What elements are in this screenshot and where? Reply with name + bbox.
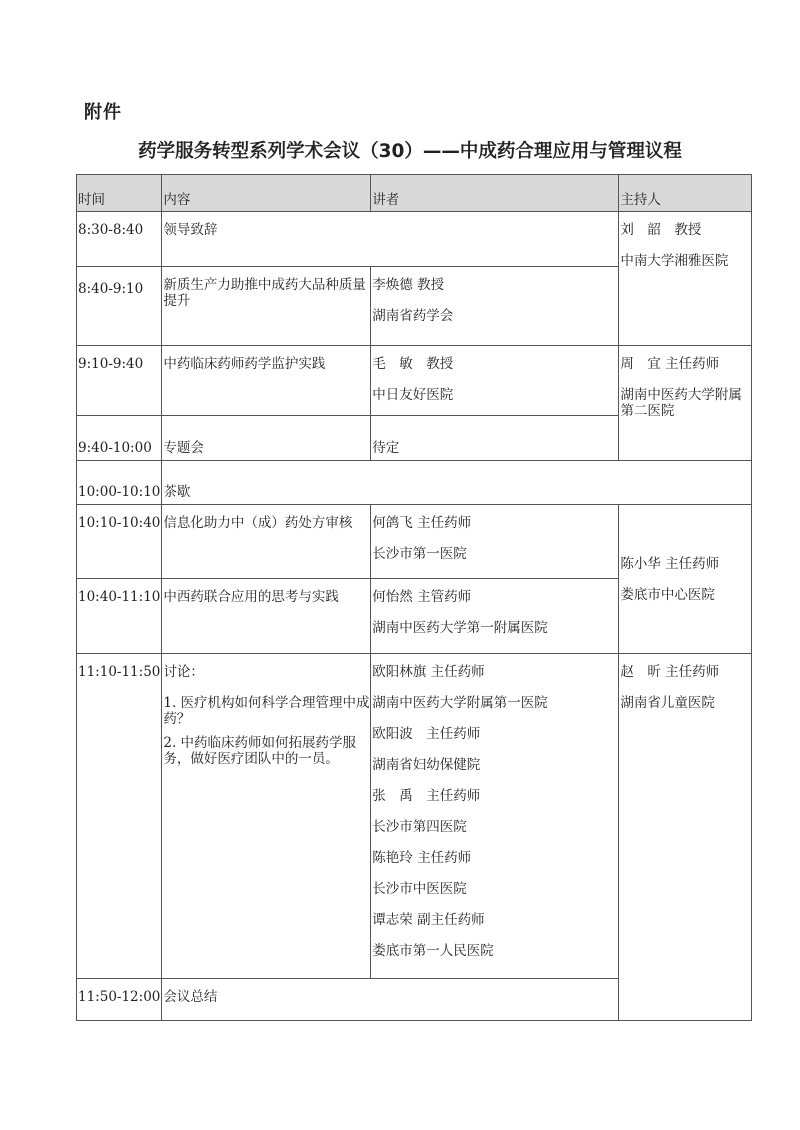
speaker-org: 长沙市第四医院 [372, 819, 618, 835]
speaker-name: 张 禹 主任药师 [372, 788, 618, 804]
table-row: 11:10-11:50 讨论： 1. 医疗机构如何科学合理管理中成药？ 2. 中… [77, 654, 752, 979]
header-host: 主持人 [619, 175, 752, 212]
speaker-org: 湖南省妇幼保健院 [372, 757, 618, 773]
host-org: 湖南省儿童医院 [620, 695, 751, 711]
host-org: 娄底市中心医院 [620, 587, 751, 603]
content-cell: 中西药联合应用的思考与实践 [162, 579, 371, 654]
content-cell: 茶歇 [162, 461, 752, 505]
host-cell: 周 宜 主任药师 湖南中医药大学附属第二医院 [619, 346, 752, 461]
time-cell: 10:00-10:10 [77, 461, 162, 505]
speaker-name: 李焕德 教授 [372, 277, 618, 293]
content-cell: 会议总结 [162, 979, 619, 1021]
discussion-label: 讨论： [163, 664, 370, 680]
speaker-name: 陈艳玲 主任药师 [372, 850, 618, 866]
time-cell: 9:10-9:40 [77, 346, 162, 416]
discussion-topic: 1. 医疗机构如何科学合理管理中成药？ [163, 695, 370, 727]
speaker-name: 欧阳波 主任药师 [372, 726, 618, 742]
speaker-org: 长沙市中医医院 [372, 881, 618, 897]
table-row: 10:10-10:40 信息化助力中（成）药处方审核 何鸽飞 主任药师 长沙市第… [77, 505, 752, 579]
header-speaker: 讲者 [371, 175, 619, 212]
host-cell: 陈小华 主任药师 娄底市中心医院 [619, 505, 752, 654]
speaker-name: 毛 敏 教授 [372, 356, 618, 372]
speaker-cell: 毛 敏 教授 中日友好医院 [371, 346, 619, 416]
host-name: 周 宜 主任药师 [620, 356, 751, 372]
speaker-name: 何怡然 主管药师 [372, 589, 618, 605]
agenda-table: 时间 内容 讲者 主持人 8:30-8:40 领导致辞 刘 韶 教授 中南大学湘… [76, 174, 752, 1021]
table-header-row: 时间 内容 讲者 主持人 [77, 175, 752, 212]
discussion-topic: 2. 中药临床药师如何拓展药学服务，做好医疗团队中的一员。 [163, 735, 370, 767]
host-name: 刘 韶 教授 [620, 222, 751, 238]
table-row: 10:00-10:10 茶歇 [77, 461, 752, 505]
table-row: 9:10-9:40 中药临床药师药学监护实践 毛 敏 教授 中日友好医院 周 宜… [77, 346, 752, 416]
page-title: 药学服务转型系列学术会议（30）——中成药合理应用与管理议程 [0, 137, 800, 163]
time-cell: 10:10-10:40 [77, 505, 162, 579]
content-cell: 领导致辞 [162, 212, 619, 267]
host-org: 中南大学湘雅医院 [620, 253, 751, 269]
speaker-cell: 待定 [371, 416, 619, 461]
time-cell: 9:40-10:00 [77, 416, 162, 461]
header-time: 时间 [77, 175, 162, 212]
time-cell: 11:10-11:50 [77, 654, 162, 979]
host-cell: 赵 昕 主任药师 湖南省儿童医院 [619, 654, 752, 1021]
host-name: 陈小华 主任药师 [620, 556, 751, 572]
speaker-org: 湖南中医药大学第一附属医院 [372, 620, 618, 636]
speaker-cell: 欧阳林旗 主任药师 湖南中医药大学附属第一医院 欧阳波 主任药师 湖南省妇幼保健… [371, 654, 619, 979]
content-cell: 讨论： 1. 医疗机构如何科学合理管理中成药？ 2. 中药临床药师如何拓展药学服… [162, 654, 371, 979]
host-org: 湖南中医药大学附属第二医院 [620, 387, 751, 419]
speaker-org: 娄底市第一人民医院 [372, 943, 618, 959]
speaker-org: 湖南省药学会 [372, 308, 618, 324]
time-cell: 11:50-12:00 [77, 979, 162, 1021]
speaker-cell: 李焕德 教授 湖南省药学会 [371, 267, 619, 346]
content-cell: 新质生产力助推中成药大品种质量提升 [162, 267, 371, 346]
host-cell: 刘 韶 教授 中南大学湘雅医院 [619, 212, 752, 346]
header-content: 内容 [162, 175, 371, 212]
host-name: 赵 昕 主任药师 [620, 664, 751, 680]
speaker-cell: 何鸽飞 主任药师 长沙市第一医院 [371, 505, 619, 579]
speaker-cell: 何怡然 主管药师 湖南中医药大学第一附属医院 [371, 579, 619, 654]
time-cell: 8:30-8:40 [77, 212, 162, 267]
attachment-label: 附件 [84, 98, 122, 124]
speaker-org: 湖南中医药大学附属第一医院 [372, 695, 618, 711]
speaker-org: 中日友好医院 [372, 387, 618, 403]
speaker-name: 谭志荣 副主任药师 [372, 912, 618, 928]
speaker-name: 欧阳林旗 主任药师 [372, 664, 618, 680]
content-cell: 信息化助力中（成）药处方审核 [162, 505, 371, 579]
time-cell: 10:40-11:10 [77, 579, 162, 654]
table-row: 8:30-8:40 领导致辞 刘 韶 教授 中南大学湘雅医院 [77, 212, 752, 267]
content-cell: 中药临床药师药学监护实践 [162, 346, 371, 416]
speaker-org: 长沙市第一医院 [372, 546, 618, 562]
speaker-name: 何鸽飞 主任药师 [372, 515, 618, 531]
content-cell: 专题会 [162, 416, 371, 461]
time-cell: 8:40-9:10 [77, 267, 162, 346]
